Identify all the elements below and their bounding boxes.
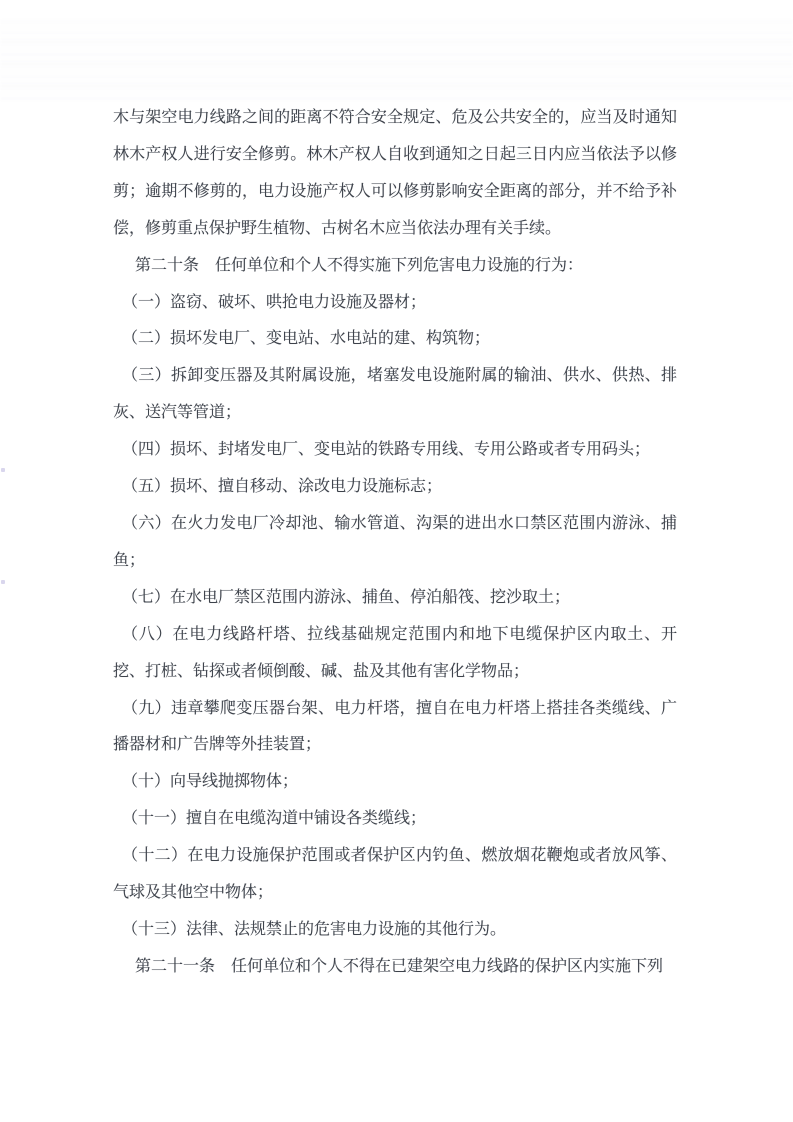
list-item-paragraph: （八）在电力线路杆塔、拉线基础规定范围内和地下电缆保护区内取土、开挖、打桩、钻探… [113, 616, 677, 690]
list-item-paragraph: （十一）擅自在电缆沟道中铺设各类缆线； [113, 800, 677, 837]
document-text-block: 木与架空电力线路之间的距离不符合安全规定、危及公共安全的，应当及时通知林木产权人… [113, 99, 677, 985]
list-item-paragraph: （五）损坏、擅自移动、涂改电力设施标志； [113, 468, 677, 505]
list-item-paragraph: （四）损坏、封堵发电厂、变电站的铁路专用线、专用公路或者专用码头； [113, 431, 677, 468]
scan-speck [1, 468, 5, 472]
list-item-paragraph: （一）盗窃、破坏、哄抢电力设施及器材； [113, 284, 677, 321]
list-item-paragraph: （九）违章攀爬变压器台架、电力杆塔，擅自在电力杆塔上搭挂各类缆线、广播器材和广告… [113, 690, 677, 764]
body-paragraph: 木与架空电力线路之间的距离不符合安全规定、危及公共安全的，应当及时通知林木产权人… [113, 99, 677, 247]
list-item-paragraph: （六）在火力发电厂冷却池、输水管道、沟渠的进出水口禁区范围内游泳、捕鱼； [113, 505, 677, 579]
scan-speck [1, 580, 5, 584]
document-page: 木与架空电力线路之间的距离不符合安全规定、危及公共安全的，应当及时通知林木产权人… [0, 0, 793, 1122]
list-item-paragraph: （十）向导线抛掷物体； [113, 763, 677, 800]
list-item-paragraph: （三）拆卸变压器及其附属设施，堵塞发电设施附属的输油、供水、供热、排灰、送汽等管… [113, 357, 677, 431]
list-item-paragraph: （二）损坏发电厂、变电站、水电站的建、构筑物； [113, 320, 677, 357]
list-item-paragraph: （十二）在电力设施保护范围或者保护区内钓鱼、燃放烟花鞭炮或者放风筝、气球及其他空… [113, 837, 677, 911]
list-item-paragraph: （十三）法律、法规禁止的危害电力设施的其他行为。 [113, 911, 677, 948]
list-item-paragraph: （七）在水电厂禁区范围内游泳、捕鱼、停泊船筏、挖沙取土； [113, 579, 677, 616]
article-heading-paragraph: 第二十一条 任何单位和个人不得在已建架空电力线路的保护区内实施下列 [113, 948, 677, 985]
article-heading-paragraph: 第二十条 任何单位和个人不得实施下列危害电力设施的行为： [113, 247, 677, 284]
scan-ghosting-artifact [0, 20, 793, 100]
